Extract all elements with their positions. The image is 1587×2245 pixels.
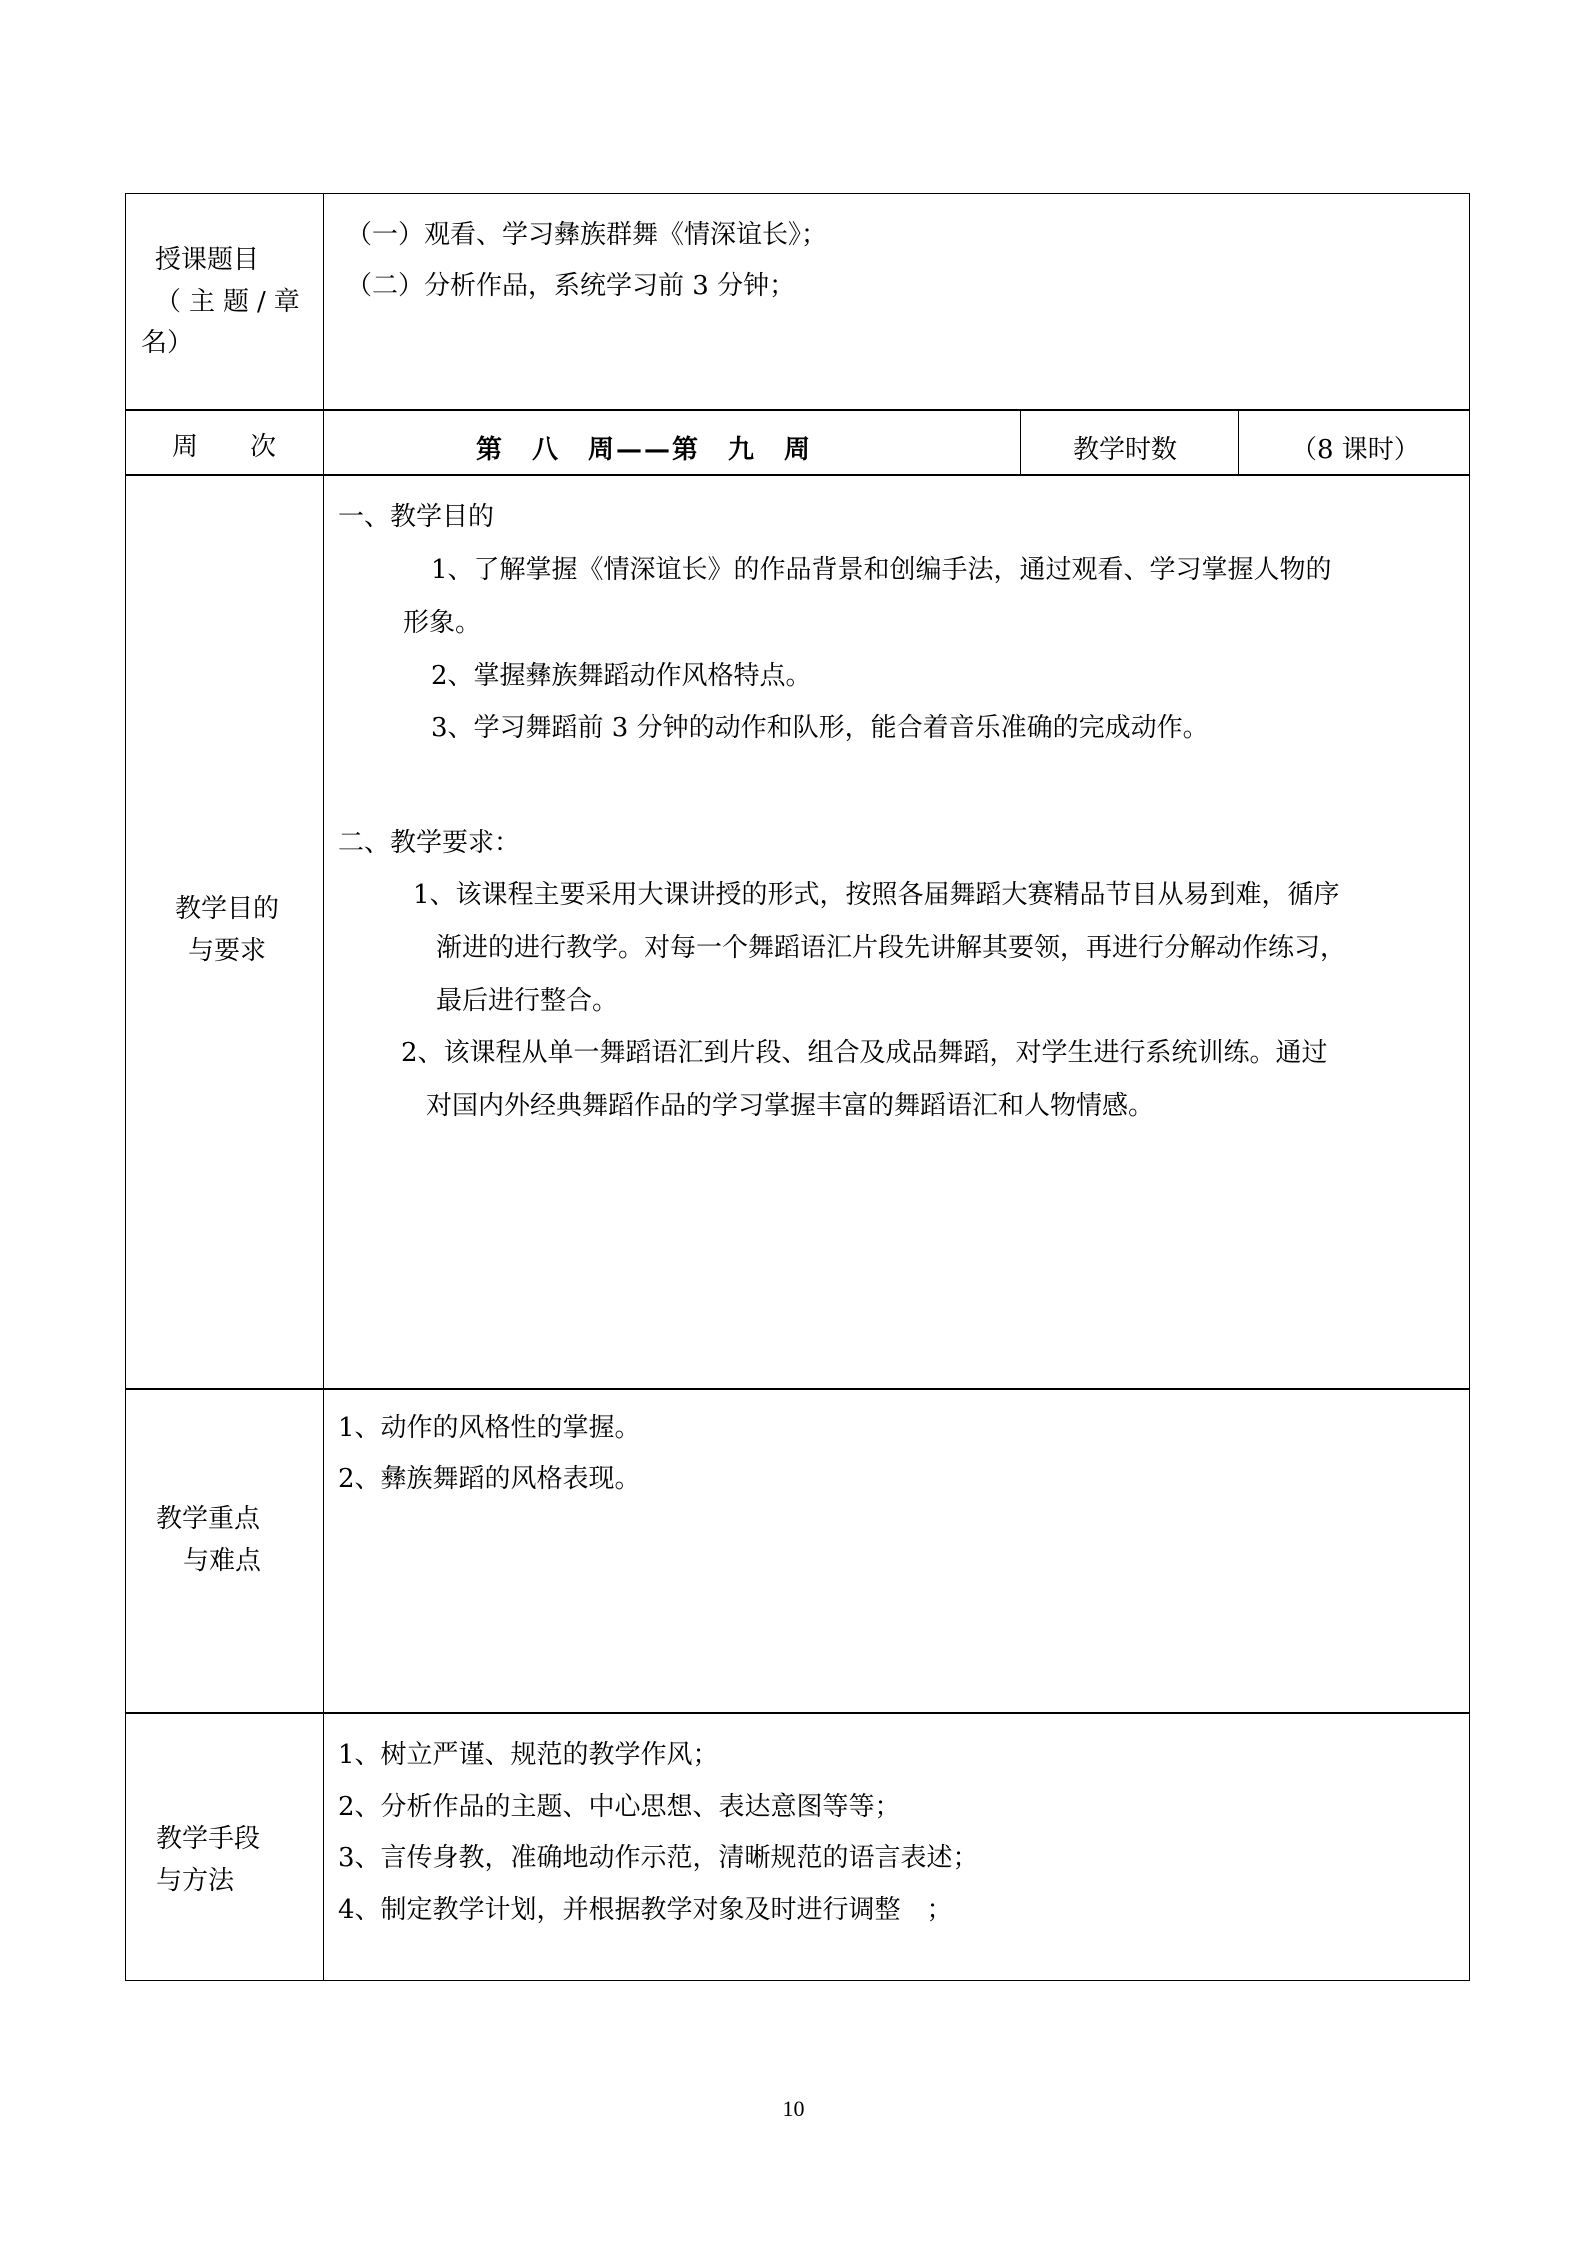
requirements-item: 渐进的进行教学。对每一个舞蹈语汇片段先讲解其要领，再进行分解动作练习，: [436, 927, 1346, 964]
label-line: 教学重点: [156, 1499, 261, 1541]
keypoint-item: 2、彝族舞蹈的风格表现。: [338, 1458, 641, 1495]
row-divider: [126, 474, 1469, 476]
requirements-item: 最后进行整合。: [436, 980, 618, 1017]
label-line: （主题/章: [155, 282, 308, 324]
week-range: 第 八 周——第 九 周: [476, 429, 812, 466]
label-line: 名）: [141, 323, 308, 365]
topic-label: 授课题目 （主题/章 名）: [155, 240, 308, 365]
methods-label: 教学手段 与方法: [156, 1819, 260, 1902]
hours-label: 教学时数: [1073, 429, 1177, 466]
keypoint-item: 1、动作的风格性的掌握。: [338, 1407, 641, 1444]
label-line: 与要求: [167, 931, 287, 973]
label-line: 授课题目: [155, 240, 308, 282]
goals-item: 2、掌握彝族舞蹈动作风格特点。: [431, 655, 812, 692]
requirements-item: 2、该课程从单一舞蹈语汇到片段、组合及成品舞蹈，对学生进行系统训练。通过: [401, 1032, 1328, 1069]
label-line: 教学目的: [167, 889, 287, 931]
hours-value: （8 课时）: [1291, 429, 1420, 466]
column-divider: [1238, 409, 1239, 474]
label-line: 与难点: [183, 1541, 261, 1583]
goals-item: 形象。: [403, 602, 481, 639]
column-divider: [323, 194, 324, 1980]
method-item: 2、分析作品的主题、中心思想、表达意图等等；: [338, 1786, 901, 1823]
row-divider: [126, 1712, 1469, 1714]
column-divider: [1020, 409, 1021, 474]
goals-item: 3、学习舞蹈前 3 分钟的动作和队形，能合着音乐准确的完成动作。: [431, 707, 1209, 744]
goals-label: 教学目的 与要求: [167, 889, 287, 972]
goals-section-title: 一、教学目的: [338, 496, 494, 533]
topic-line-2: （二）分析作品，系统学习前 3 分钟；: [346, 265, 795, 302]
keypoints-label: 教学重点 与难点: [156, 1499, 261, 1582]
goals-item: 1、了解掌握《情深谊长》的作品背景和创编手法，通过观看、学习掌握人物的: [431, 549, 1332, 586]
row-divider: [126, 1388, 1469, 1390]
label-line: 与方法: [156, 1861, 260, 1903]
requirements-item: 1、该课程主要采用大课讲授的形式，按照各届舞蹈大赛精品节目从易到难，循序: [413, 874, 1340, 911]
week-label: 周 次: [172, 426, 276, 463]
topic-line-1: （一）观看、学习彝族群舞《情深谊长》；: [346, 214, 827, 251]
document-page: 授课题目 （主题/章 名） （一）观看、学习彝族群舞《情深谊长》； （二）分析作…: [0, 0, 1587, 2245]
method-item: 1、树立严谨、规范的教学作风；: [338, 1734, 719, 1771]
row-divider: [126, 409, 1469, 411]
requirements-item: 对国内外经典舞蹈作品的学习掌握丰富的舞蹈语汇和人物情感。: [426, 1085, 1154, 1122]
lesson-plan-table: 授课题目 （主题/章 名） （一）观看、学习彝族群舞《情深谊长》； （二）分析作…: [125, 193, 1470, 1981]
label-line: 教学手段: [156, 1819, 260, 1861]
requirements-section-title: 二、教学要求：: [338, 822, 520, 859]
method-item: 4、制定教学计划，并根据教学对象及时进行调整 ；: [338, 1889, 953, 1926]
page-number: 10: [0, 2096, 1587, 2122]
method-item: 3、言传身教，准确地动作示范，清晰规范的语言表述；: [338, 1837, 979, 1874]
